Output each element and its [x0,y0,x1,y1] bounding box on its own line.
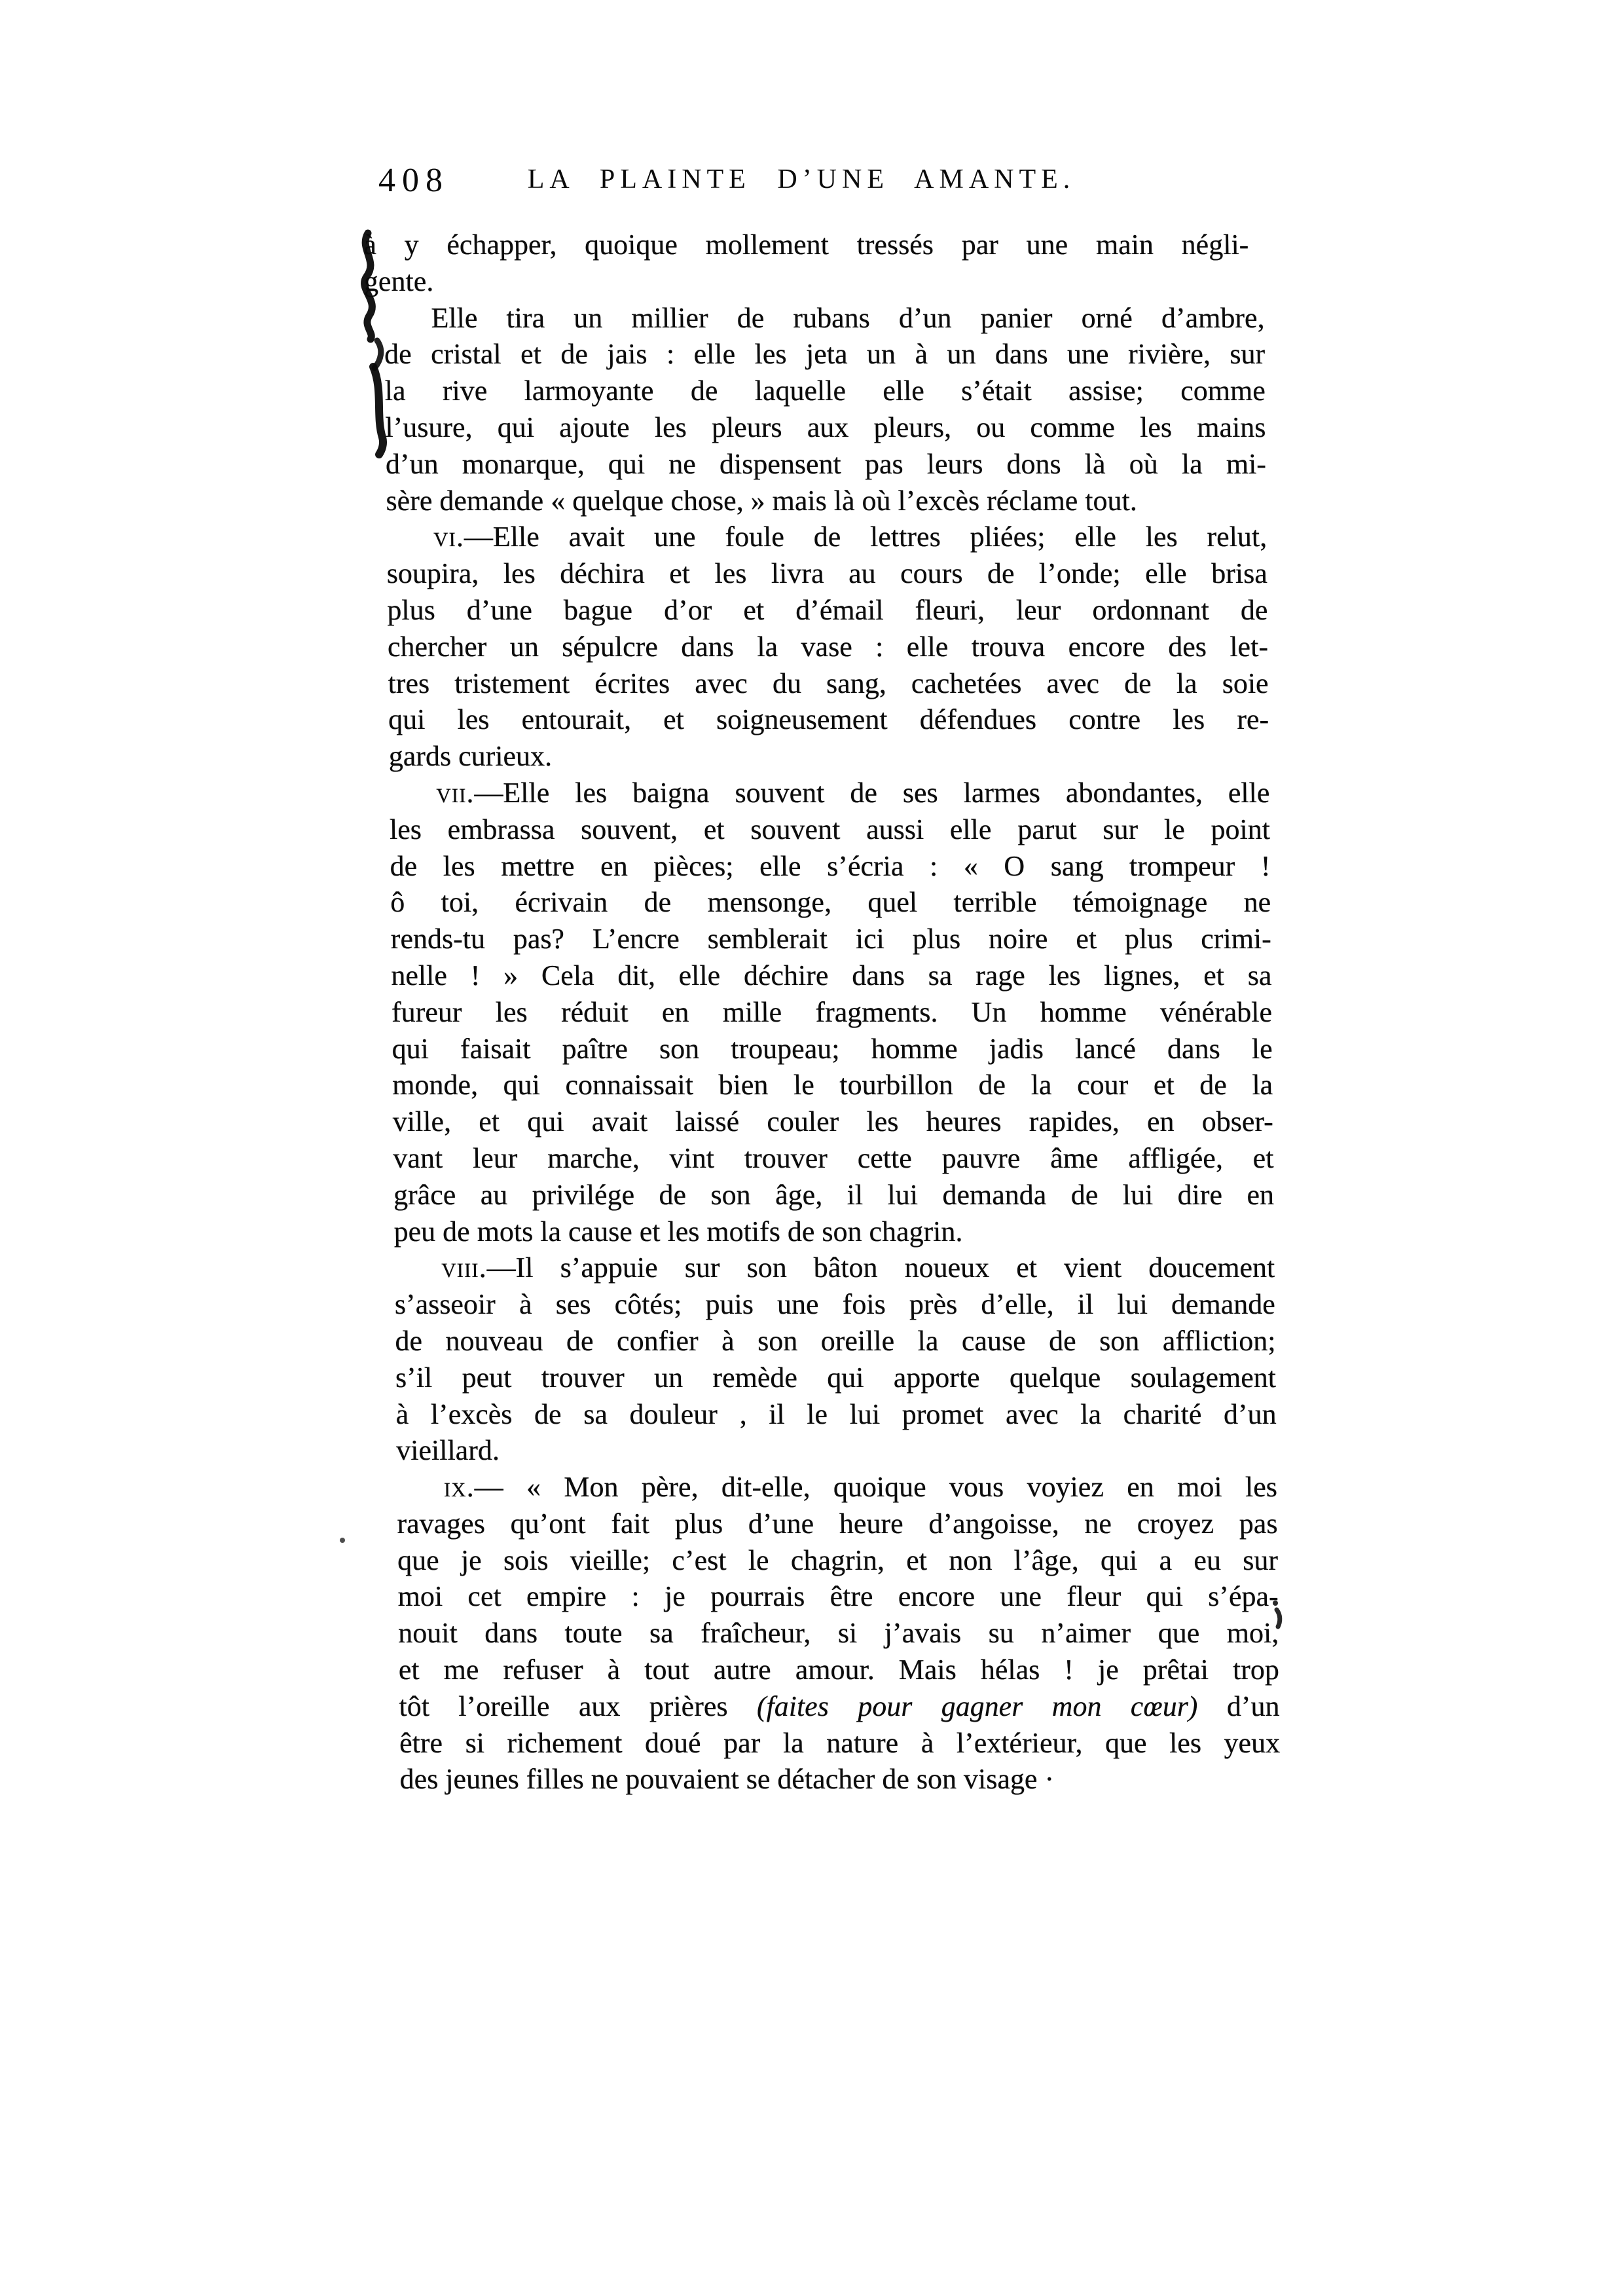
text-line: de les mettre en pièces; elle s’écria : … [390,848,1271,885]
book-page-scan: 408 LA PLAINTE D’UNE AMANTE. à y échappe… [0,0,1623,2296]
paragraph: viii.—Il s’appuie sur son bâton noueux e… [394,1250,1277,1469]
text-line: à y échapper, quoique mollement tressés … [363,227,1249,263]
text-line: peu de mots la cause et les motifs de so… [393,1213,1275,1250]
paragraph: Elle tira un millier de rubans d’un pani… [384,300,1267,519]
text-line: moi cet empire : je pourrais être encore… [397,1578,1279,1615]
text-line: des jeunes filles ne pouvaient se détach… [399,1761,1281,1798]
text-line: chercher un sépulcre dans la vase : elle… [388,629,1269,665]
text-line: que je sois vieille; c’est le chagrin, e… [397,1542,1279,1579]
text-line: les embrassa souvent, et souvent aussi e… [390,811,1271,848]
text-line: qui faisait paître son troupeau; homme j… [392,1031,1273,1067]
text-line: vieillard. [396,1432,1277,1469]
text-line: de nouveau de confier à son oreille la c… [395,1323,1276,1360]
text-line: tôt l’oreille aux prières (faites pour g… [399,1688,1280,1725]
text-line: être si richement doué par la nature à l… [399,1725,1281,1762]
paragraph: ix.— « Mon père, dit-elle, quoique vous … [397,1469,1281,1798]
text-line: vii.—Elle les baigna souvent de ses larm… [389,775,1270,811]
text-line: rends-tu pas? L’encre semblerait ici plu… [390,921,1271,957]
text-line: l’usure, qui ajoute les pleurs aux pleur… [385,409,1266,446]
text-line: monde, qui connaissait bien le tourbillo… [392,1067,1273,1103]
text-line: nouit dans toute sa fraîcheur, si j’avai… [398,1615,1279,1652]
text-line: nelle ! » Cela dit, elle déchire dans sa… [391,957,1272,994]
text-line: vant leur marche, vint trouver cette pau… [393,1140,1274,1177]
paragraph: vi.—Elle avait une foule de lettres plié… [386,519,1269,775]
text-line: viii.—Il s’appuie sur son bâton noueux e… [394,1250,1275,1286]
text-line: plus d’une bague d’or et d’émail fleuri,… [387,592,1268,629]
text-line: s’il peut trouver un remède qui apporte … [395,1360,1277,1396]
text-line: fureur les réduit en mille fragments. Un… [392,994,1273,1031]
ink-dot-mark [340,1538,345,1543]
text-line: à l’excès de sa douleur , il le lui prom… [395,1396,1277,1433]
text-line: d’un monarque, qui ne dispensent pas leu… [386,446,1267,483]
text-line: et me refuser à tout autre amour. Mais h… [399,1652,1280,1688]
running-title: LA PLAINTE D’UNE AMANTE. [528,164,1076,195]
text-line: gente. [364,263,1250,300]
text-block: à y échapper, quoique mollement tressés … [383,227,1281,1798]
pen-hook-mark [374,341,381,368]
text-line: sère demande « quelque chose, » mais là … [386,483,1267,519]
text-line: gards curieux. [388,738,1269,775]
paragraph: à y échapper, quoique mollement tressés … [383,227,1264,300]
page-number: 408 [378,161,449,200]
pen-stroke-mark [373,367,383,454]
text-line: vi.—Elle avait une foule de lettres plié… [386,519,1267,555]
text-line: soupira, les déchira et les livra au cou… [386,555,1267,592]
text-line: Elle tira un millier de rubans d’un pani… [384,300,1265,337]
text-line: s’asseoir à ses côtés; puis une fois prè… [395,1286,1276,1323]
text-line: grâce au privilége de son âge, il lui de… [393,1177,1275,1213]
text-line: ix.— « Mon père, dit-elle, quoique vous … [397,1469,1278,1506]
text-line: ravages qu’ont fait plus d’une heure d’a… [397,1506,1278,1542]
text-line: ville, et qui avait laissé couler les he… [392,1103,1273,1140]
text-line: la rive larmoyante de laquelle elle s’ét… [384,373,1266,409]
paragraph: vii.—Elle les baigna souvent de ses larm… [389,775,1275,1250]
text-line: qui les entourait, et soigneusement défe… [388,701,1269,738]
text-line: tres tristement écrites avec du sang, ca… [388,665,1269,702]
text-line: ô toi, écrivain de mensonge, quel terrib… [390,884,1271,921]
text-line: de cristal et de jais : elle les jeta un… [384,336,1266,373]
running-header: 408 LA PLAINTE D’UNE AMANTE. [0,160,1623,199]
